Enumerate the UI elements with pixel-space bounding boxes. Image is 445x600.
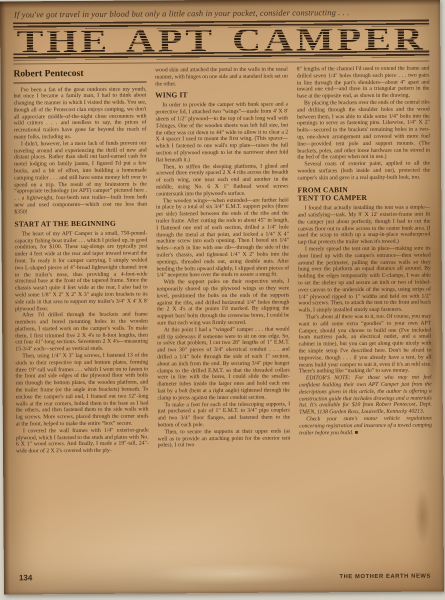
- paragraph: After I'd drilled through the brackets a…: [15, 312, 148, 354]
- paragraph: I found that actually installing the ten…: [298, 205, 431, 247]
- article-column-2: wood skin and attached the portal to the…: [155, 67, 291, 562]
- section-heading-from-cabin-tent-to-camper: FROM CABIN TENT TO CAMPER: [298, 185, 431, 203]
- torn-edge-left: [0, 2, 10, 595]
- paragraph: At this point I had a “winged” camper . …: [157, 326, 290, 402]
- section-heading-start-at-the-beginning: START AT THE BEGINNING: [14, 219, 147, 229]
- paragraph: That's about all there was to it, too. O…: [298, 314, 431, 376]
- editors-note: Check your state's motor vehicle regulat…: [299, 415, 432, 436]
- paragraph: I merely spread the tent out in place—ma…: [298, 246, 431, 315]
- headline-banner: THE APT CAMPER: [13, 20, 429, 62]
- page-footer: 134 THE MOTHER EARTH NEWS: [19, 571, 431, 583]
- paragraph: Then, using 1/4" X 3" lag screws, I fast…: [15, 353, 148, 429]
- editors-note: EDITOR'S NOTE: For those who may not fee…: [299, 375, 432, 417]
- paragraph: Several coats of exterior paint, applied…: [297, 161, 430, 182]
- article-column-3: 8" lengths of the channel I'd used to ex…: [297, 66, 433, 561]
- page-content: If you've got travel in your blood but o…: [13, 6, 433, 589]
- paragraph: To make a foot for each of the telescopi…: [157, 401, 290, 429]
- paragraph: I didn't, however, let a mere lack of fu…: [14, 140, 147, 216]
- paragraph: By placing the brackets over the ends of…: [297, 100, 430, 162]
- paragraph: Then, to stiffen the sleeping platforms,…: [156, 163, 289, 198]
- magazine-name: THE MOTHER EARTH NEWS: [339, 574, 431, 581]
- paragraph: In order to provide the camper with bunk…: [155, 102, 288, 164]
- section-heading-wing-it: WING IT: [155, 91, 288, 101]
- paragraph: Then, to secure the supports at their up…: [158, 428, 291, 449]
- paragraph: With the support poles on their respecti…: [157, 279, 290, 328]
- page-title: THE APT CAMPER: [13, 23, 429, 57]
- paragraph: I covered the wall frames with 1/4" exte…: [16, 427, 149, 455]
- paragraph: wood skin and attached the portal to the…: [155, 67, 288, 88]
- paragraph: I've been a fan of the great outdoors si…: [14, 86, 147, 141]
- byline: Robert Pentecost: [13, 68, 146, 83]
- headline-rule: [13, 61, 429, 65]
- paragraph: 8" lengths of the channel I'd used to ex…: [297, 66, 430, 101]
- article-body: Robert Pentecost I've been a fan of the …: [13, 66, 432, 563]
- page-number: 134: [19, 573, 32, 582]
- article-column-1: Robert Pentecost I've been a fan of the …: [13, 68, 149, 563]
- paragraph: The heart of my APT Camper is a small, 7…: [15, 230, 148, 312]
- magazine-page-scan: If you've got travel in your blood but o…: [0, 0, 444, 595]
- paragraph: The wooden wings—when extended—are furth…: [156, 197, 289, 279]
